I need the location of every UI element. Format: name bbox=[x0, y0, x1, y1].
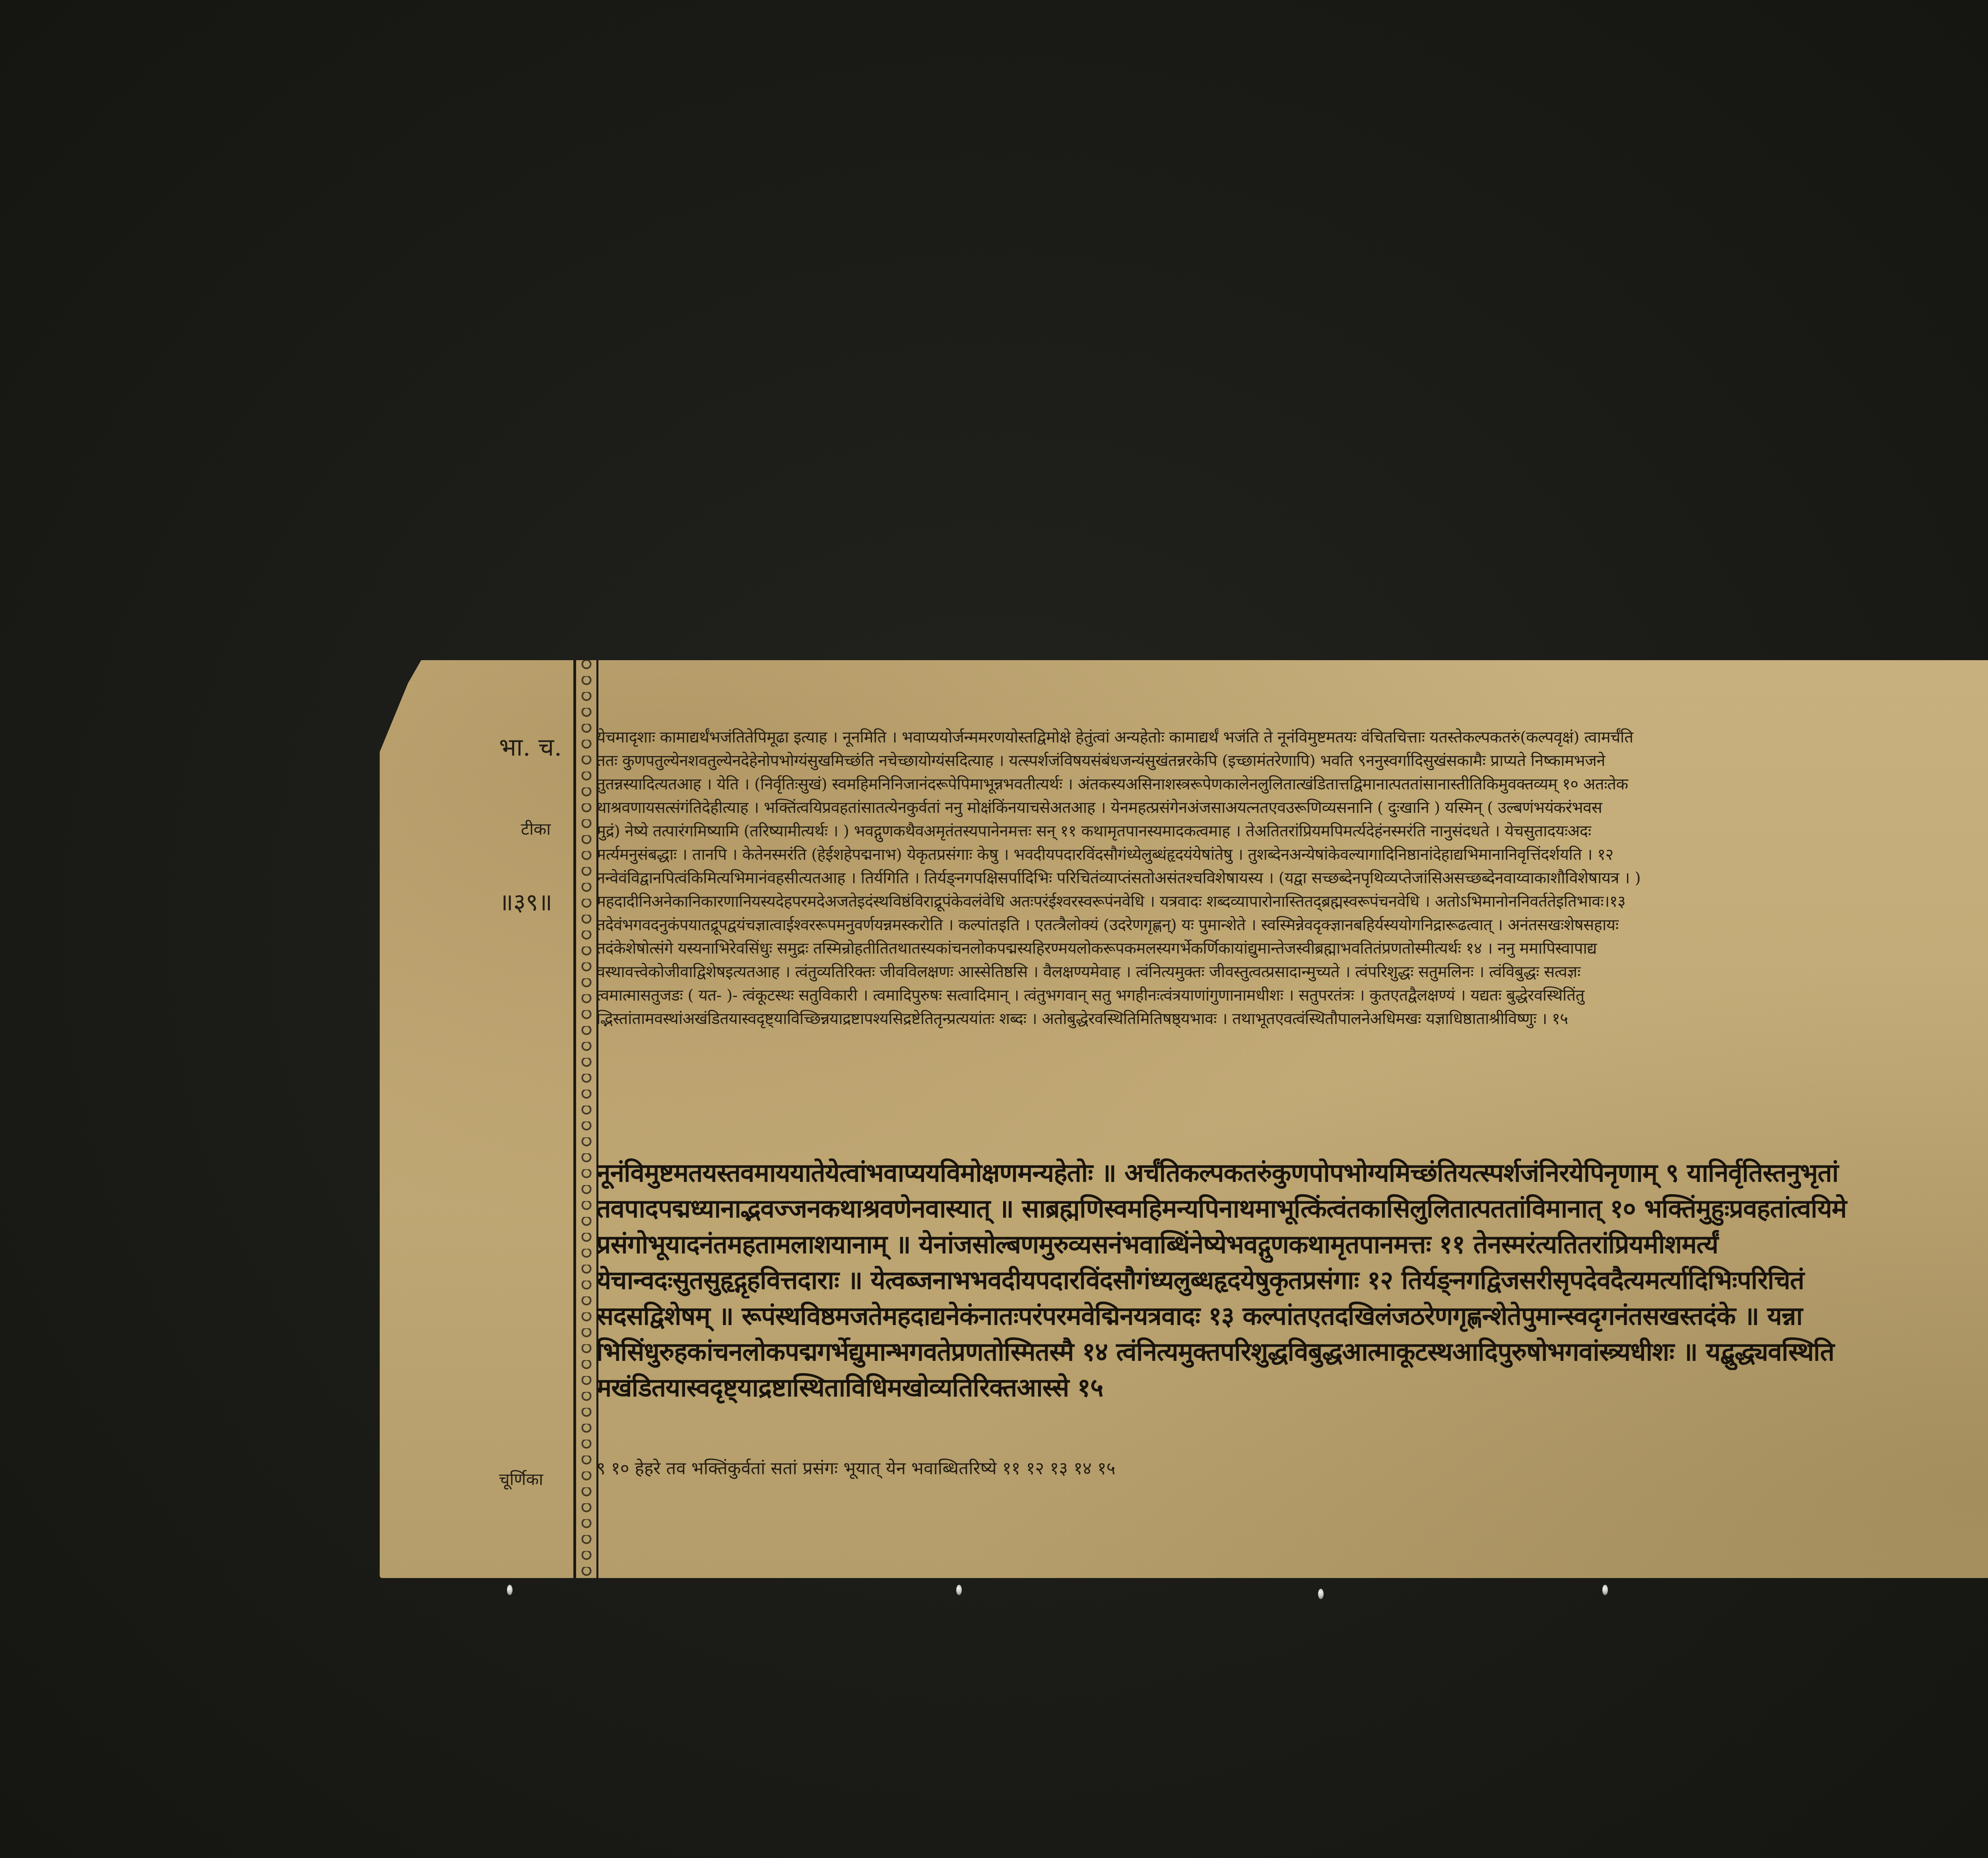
mounting-pin bbox=[1318, 1589, 1324, 1599]
left-border-rule-outer bbox=[573, 660, 576, 1578]
commentary-line: तुतन्नस्यादित्यतआह । येति । (निर्वृतिःसु… bbox=[596, 773, 1988, 796]
commentary-line: महदादीनिअनेकानिकारणानियस्यदेहपरमदेअजतेइद… bbox=[596, 890, 1988, 913]
commentary-line: वस्थावत्त्वेकोजीवाद्विशेषइत्यतआह । त्वंत… bbox=[596, 960, 1988, 984]
verse-block: नूनंविमुष्टमतयस्तवमाययातेयेत्वांभवाप्ययव… bbox=[596, 1155, 1988, 1406]
mounting-pin bbox=[1602, 1585, 1608, 1595]
commentary-line: नन्वेवंविद्वानपित्वंकिमित्यभिमानंवहसीत्य… bbox=[596, 867, 1988, 890]
churnika-line: ९ १० हेहरे तव भक्तिंकुर्वतां सतां प्रसंग… bbox=[596, 1456, 1988, 1479]
left-churnika-label: चूर्णिका bbox=[499, 1467, 543, 1490]
commentary-line: तदंकेशेषोत्संगे यस्यनाभिरेवसिंधुः समुद्र… bbox=[596, 937, 1988, 960]
mounting-pin bbox=[507, 1585, 513, 1595]
commentary-line: तदेवंभगवदनुकंपयातद्रूपद्वयंचज्ञात्वाईश्व… bbox=[596, 913, 1988, 937]
left-title-label: भा. च. bbox=[499, 730, 562, 763]
mounting-pin bbox=[956, 1585, 962, 1595]
commentary-line: द्भिस्तांतामवस्थांअखंडितयास्वदृष्ट्याविच… bbox=[596, 1007, 1988, 1031]
commentary-line: त्वमात्मासतुजडः ( यत- )- त्वंकूटस्थः सतु… bbox=[596, 984, 1988, 1007]
verse-line: मखंडितयास्वदृष्ट्याद्रष्टास्थिताविधिमखोव… bbox=[596, 1370, 1988, 1406]
verse-line: नूनंविमुष्टमतयस्तवमाययातेयेत्वांभवाप्ययव… bbox=[596, 1155, 1988, 1191]
commentary-line: येचमादृशाः कामाद्यर्थंभजंतितेपिमूढा इत्य… bbox=[596, 726, 1988, 749]
commentary-line: मुद्रं) नेष्ये तत्पारंगमिष्यामि (तरिष्या… bbox=[596, 820, 1988, 843]
left-folio-number: ॥३९॥ bbox=[499, 885, 552, 917]
verse-line: सदसद्विशेषम् ॥ रूपंस्थविष्ठमजतेमहदाद्यने… bbox=[596, 1298, 1988, 1334]
verse-line: प्रसंगोभूयादनंतमहतामलाशयानाम् ॥ येनांजसो… bbox=[596, 1227, 1988, 1263]
left-section-label: टीका bbox=[521, 817, 551, 840]
commentary-line: मर्त्यमनुसंबद्धाः । तानपि । केतेनस्मरंति… bbox=[596, 843, 1988, 867]
verse-line: येचान्वदःसुतसुहृद्गृहवित्तदाराः ॥ येत्वब… bbox=[596, 1263, 1988, 1298]
verse-line: भिसिंधुरुहकांचनलोकपद्मगर्भेद्युमान्भगवते… bbox=[596, 1334, 1988, 1370]
commentary-block: येचमादृशाः कामाद्यर्थंभजंतितेपिमूढा इत्य… bbox=[596, 726, 1988, 1031]
left-ornamental-border bbox=[577, 660, 596, 1578]
commentary-line: थाश्रवणायसत्संगंतिदेहीत्याह । भक्तिंत्वय… bbox=[596, 796, 1988, 820]
verse-line: तवपादपद्मध्यानाद्भवज्जनकथाश्रवणेनवास्यात… bbox=[596, 1191, 1988, 1227]
manuscript-leaf: भा. च. टीका ॥३९॥ चूर्णिका येचमादृशाः काम… bbox=[380, 660, 1988, 1578]
commentary-line: ततः कुणपतुल्येनशवतुल्येनदेहेनोपभोग्यंसुख… bbox=[596, 749, 1988, 773]
